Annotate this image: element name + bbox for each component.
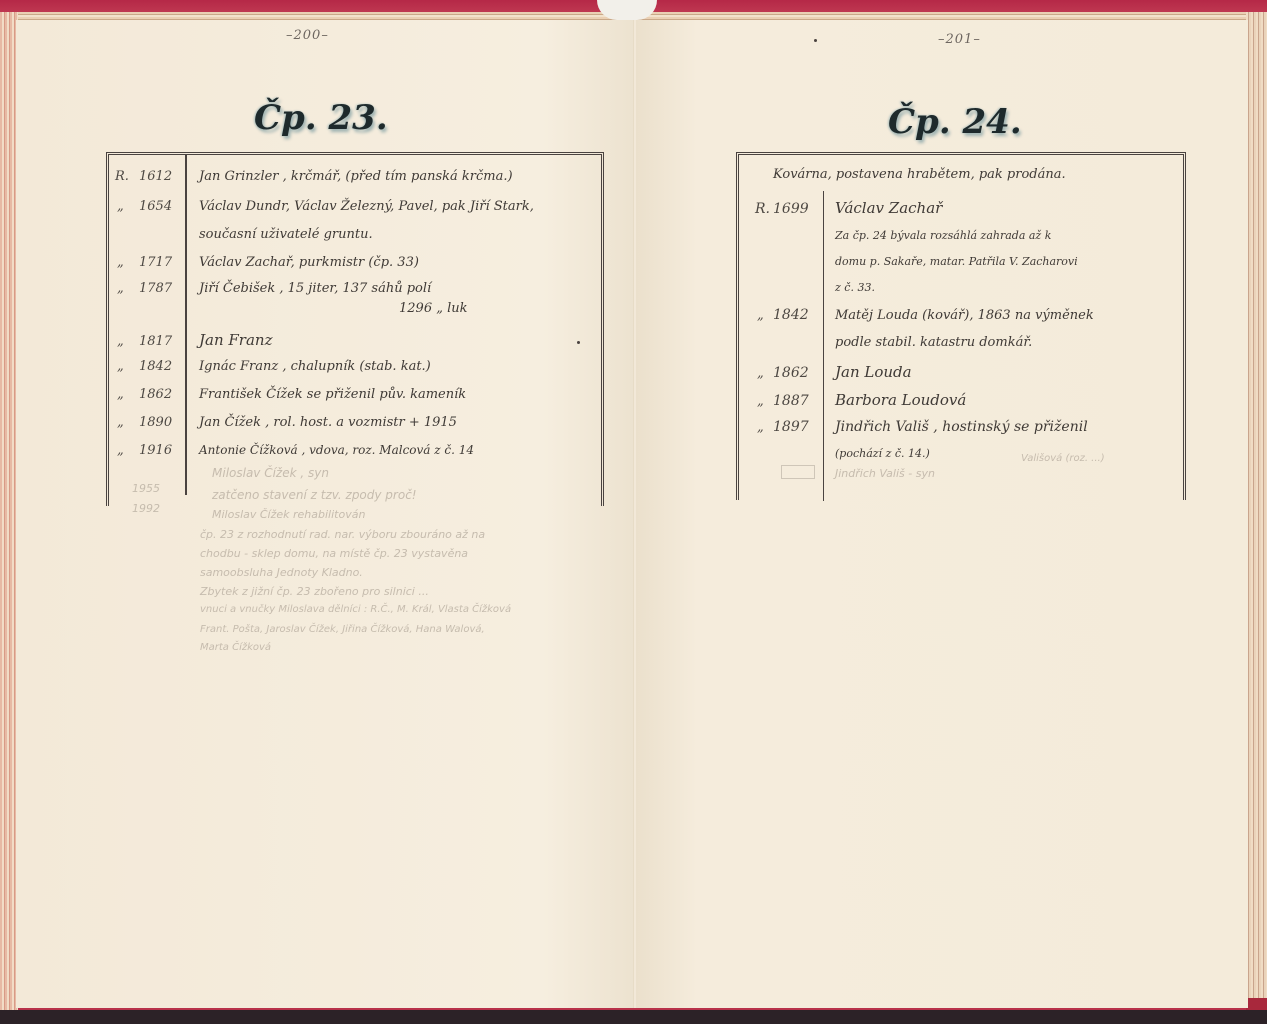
row-year: 1862 (773, 365, 823, 381)
row-text: Barbora Loudová (823, 391, 966, 409)
row-text: Jiří Čebišek , 15 jiter, 137 sáhů polí (185, 281, 431, 296)
table-row: „ 1842 Ignác Franz , chalupník (stab. ka… (109, 359, 431, 374)
row-prefix: R. (109, 169, 129, 184)
row-prefix: „ (109, 443, 129, 458)
table-row: „ 1862 František Čížek se přiženil pův. … (109, 387, 466, 402)
pencil-note: Jindřich Vališ - syn (835, 467, 935, 480)
row-year: 1916 (129, 443, 185, 458)
table-row: „ 1897 Jindřich Vališ , hostinský se při… (739, 419, 1088, 435)
row-text: současní uživatelé gruntu. (199, 227, 373, 242)
row-text: Jan Čížek , rol. host. a vozmistr + 1915 (185, 415, 457, 430)
left-page: –200– Čp. 23. R. 1612 Jan Grinzler , krč… (16, 20, 636, 1008)
pencil-note: Frant. Pošta, Jaroslav Čížek, Jiřina Číž… (200, 624, 485, 635)
row-prefix: „ (739, 308, 773, 323)
ownership-table: Kovárna, postavena hrabětem, pak prodána… (736, 152, 1186, 500)
row-text: Jindřich Vališ , hostinský se přiženil (823, 419, 1088, 435)
column-divider (823, 191, 824, 501)
row-text: František Čížek se přiženil pův. kameník (185, 387, 466, 402)
row-text: Matěj Louda (kovář), 1863 na výměnek (823, 308, 1094, 323)
table-row: „ 1890 Jan Čížek , rol. host. a vozmistr… (109, 415, 457, 430)
row-prefix: „ (739, 394, 773, 409)
row-year: 1897 (773, 419, 823, 435)
row-year: 1787 (129, 281, 185, 296)
page-number: –200– (286, 28, 329, 43)
table-row: „ 1654 Václav Dundr, Václav Železný, Pav… (109, 199, 534, 214)
row-year: 1699 (773, 201, 823, 217)
table-row: „ 1916 Antonie Čížková , vdova, roz. Mal… (109, 443, 474, 458)
row-year: 1612 (129, 169, 185, 184)
table-row: R. 1699 Václav Zachař (739, 199, 942, 217)
table-row: „ 1862 Jan Louda (739, 363, 912, 381)
table-row: „ 1787 Jiří Čebišek , 15 jiter, 137 sáhů… (109, 281, 431, 296)
page-heading: Čp. 24. (888, 102, 1022, 142)
pencil-note: chodbu - sklep domu, na místě čp. 23 vys… (200, 547, 468, 560)
pencil-note: Vališová (roz. ...) (1021, 453, 1105, 464)
table-row-continuation: podle stabil. katastru domkář. (835, 335, 1032, 350)
ink-speck (577, 341, 580, 344)
table-row: „ 1842 Matěj Louda (kovář), 1863 na výmě… (739, 307, 1094, 323)
row-prefix: „ (109, 255, 129, 270)
pencil-note: Marta Čížková (200, 642, 271, 653)
ownership-table: R. 1612 Jan Grinzler , krčmář, (před tím… (106, 152, 604, 506)
table-header-line: Kovárna, postavena hrabětem, pak prodána… (773, 167, 1066, 182)
row-text: 1296 „ luk (399, 301, 468, 316)
row-year: 1890 (129, 415, 185, 430)
row-text: Václav Zachař, purkmistr (čp. 33) (185, 255, 419, 270)
pencil-note: samoobsluha Jednoty Kladno. (200, 566, 363, 579)
book-cover-bottom (0, 1010, 1267, 1024)
row-text: Václav Zachař (823, 199, 942, 217)
pencil-note: Zbytek z jižní čp. 23 zbořeno pro silnic… (200, 585, 429, 598)
pencil-year: 1955 (132, 482, 160, 495)
row-text: Jan Franz (185, 331, 272, 349)
ink-speck (814, 39, 817, 42)
row-year: 1717 (129, 255, 185, 270)
row-prefix: „ (109, 281, 129, 296)
pencil-note: čp. 23 z rozhodnutí rad. nar. výboru zbo… (200, 528, 485, 541)
open-ledger-book: –200– Čp. 23. R. 1612 Jan Grinzler , krč… (0, 0, 1267, 1024)
blank-stamp-box (781, 465, 815, 479)
table-row-continuation: 1296 „ luk (399, 301, 468, 316)
row-text: Jan Louda (823, 363, 912, 381)
row-text: domu p. Sakaře, matar. Patřila V. Zachar… (835, 255, 1078, 268)
row-text: Jan Grinzler , krčmář, (před tím panská … (185, 169, 513, 184)
pencil-note: vnuci a vnučky Miloslava dělníci : R.Č.,… (200, 604, 511, 615)
row-prefix: „ (109, 387, 129, 402)
row-text: Ignác Franz , chalupník (stab. kat.) (185, 359, 431, 374)
table-row-continuation: domu p. Sakaře, matar. Patřila V. Zachar… (835, 255, 1078, 268)
row-year: 1862 (129, 387, 185, 402)
page-edges-right (1246, 12, 1267, 1012)
row-prefix: „ (739, 420, 773, 435)
row-prefix: „ (109, 359, 129, 374)
table-row: R. 1612 Jan Grinzler , krčmář, (před tím… (109, 169, 513, 184)
row-year: 1842 (773, 307, 823, 323)
row-year: 1654 (129, 199, 185, 214)
pencil-note: zatčeno stavení z tzv. zpody proč! (212, 488, 417, 502)
row-prefix: „ (109, 415, 129, 430)
row-text: Antonie Čížková , vdova, roz. Malcová z … (185, 443, 474, 457)
row-prefix: R. (739, 201, 773, 217)
page-number: –201– (938, 32, 981, 47)
row-prefix: „ (739, 366, 773, 381)
table-row-continuation: současní uživatelé gruntu. (199, 227, 373, 242)
page-heading: Čp. 23. (254, 98, 388, 138)
table-row-continuation: (pochází z č. 14.) (835, 447, 930, 460)
row-text: (pochází z č. 14.) (835, 447, 930, 460)
table-row-continuation: z č. 33. (835, 281, 875, 294)
row-text: Václav Dundr, Václav Železný, Pavel, pak… (185, 199, 534, 214)
header-text: Kovárna, postavena hrabětem, pak prodána… (773, 167, 1066, 182)
row-prefix: „ (109, 334, 129, 349)
pencil-note: Miloslav Čížek rehabilitován (212, 508, 365, 521)
table-row: „ 1717 Václav Zachař, purkmistr (čp. 33) (109, 255, 419, 270)
row-year: 1817 (129, 334, 185, 349)
row-text: z č. 33. (835, 281, 875, 294)
table-row-continuation: Za čp. 24 bývala rozsáhlá zahrada až k (835, 229, 1051, 242)
row-prefix: „ (109, 199, 129, 214)
row-text: Za čp. 24 bývala rozsáhlá zahrada až k (835, 229, 1051, 242)
right-page: –201– Čp. 24. Kovárna, postavena hraběte… (636, 20, 1248, 1008)
table-row: „ 1817 Jan Franz (109, 331, 272, 349)
row-year: 1887 (773, 393, 823, 409)
row-text: podle stabil. katastru domkář. (835, 335, 1032, 350)
row-year: 1842 (129, 359, 185, 374)
pencil-year: 1992 (132, 502, 160, 515)
table-row: „ 1887 Barbora Loudová (739, 391, 966, 409)
pencil-note: Miloslav Čížek , syn (212, 466, 329, 480)
